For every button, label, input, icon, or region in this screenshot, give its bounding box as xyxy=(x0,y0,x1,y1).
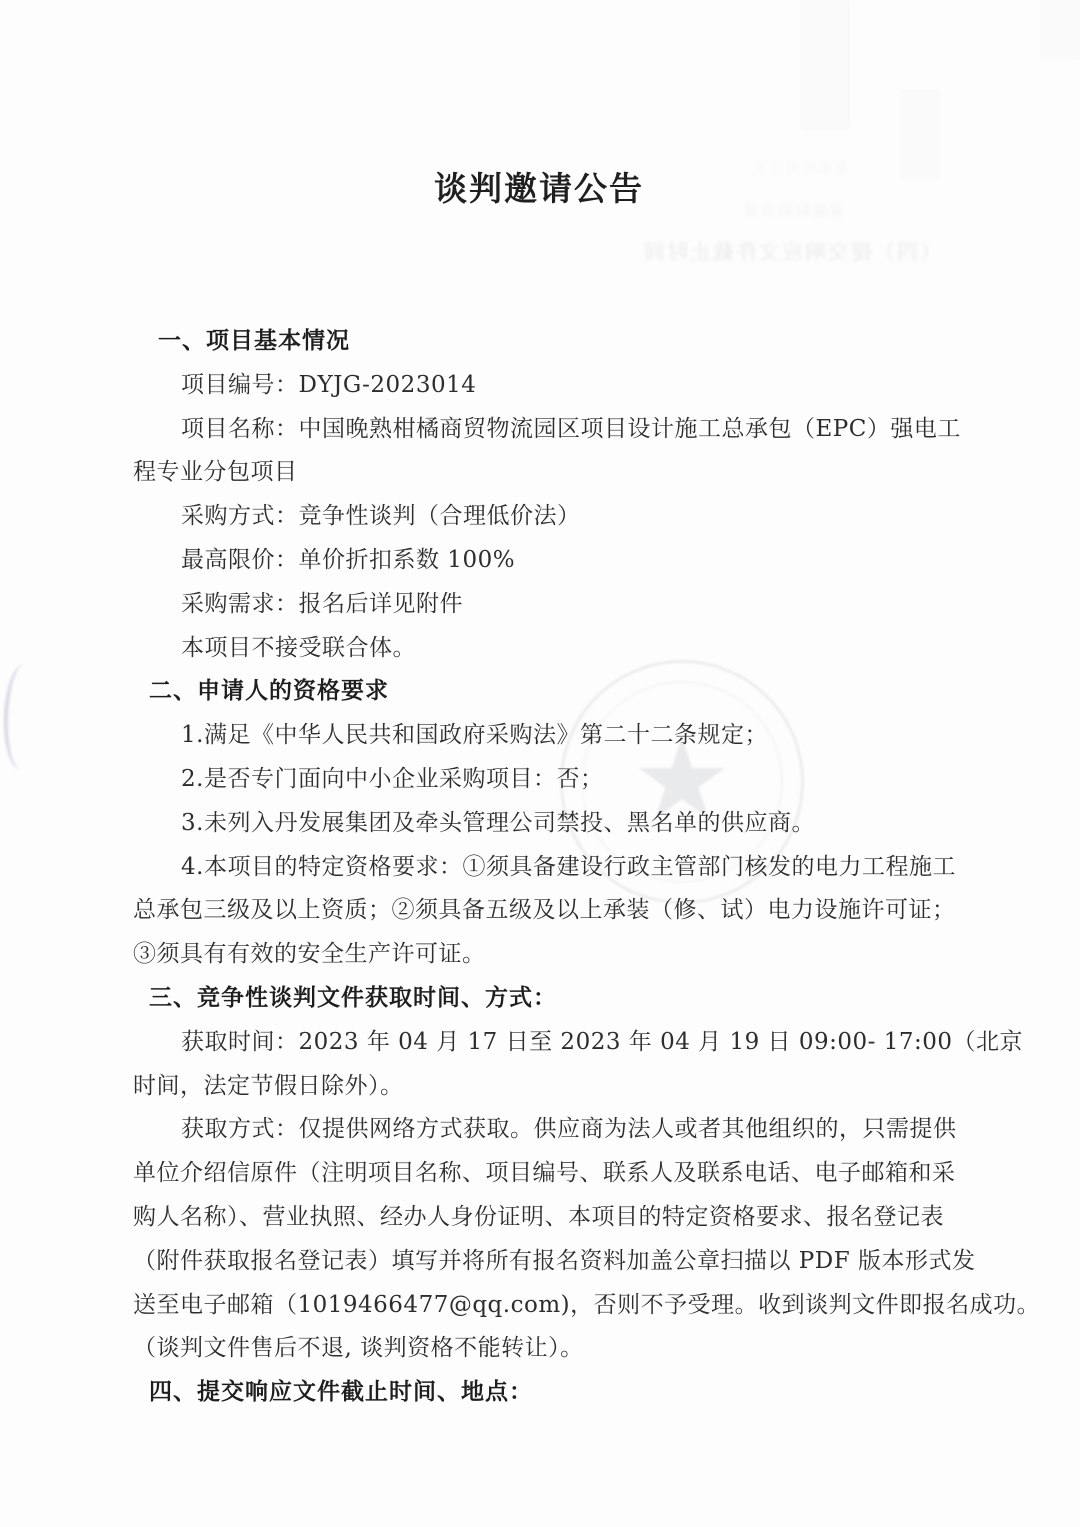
doc-line: 最高限价：单价折扣系数 100% xyxy=(133,539,945,583)
section-heading-1: 一、项目基本情况 xyxy=(133,320,945,364)
doc-line: （谈判文件售后不退, 谈判资格不能转让）。 xyxy=(133,1327,945,1371)
doc-line: 2.是否专门面向中小企业采购项目：否； xyxy=(133,758,945,802)
doc-line: 采购需求：报名后详见附件 xyxy=(133,583,945,627)
doc-line: 项目名称：中国晚熟柑橘商贸物流园区项目设计施工总承包（EPC）强电工 xyxy=(133,408,945,452)
doc-line: （附件获取报名登记表）填写并将所有报名资料加盖公章扫描以 PDF 版本形式发 xyxy=(133,1240,945,1284)
document-title: 谈判邀请公告 xyxy=(133,163,945,210)
scanned-document-page: （四）提交响应文件截止时间 获取时间方式 获取时间方式 ★ 谈判邀请公告 一、项… xyxy=(0,0,1080,1527)
doc-line: 送至电子邮箱（1019466477@qq.com)，否则不予受理。收到谈判文件即… xyxy=(133,1284,945,1328)
doc-line: 项目编号：DYJG-2023014 xyxy=(133,364,945,408)
scan-noise-patch xyxy=(800,0,850,130)
doc-line: 4.本项目的特定资格要求：①须具备建设行政主管部门核发的电力工程施工 xyxy=(133,846,945,890)
scan-crease-line xyxy=(2,663,44,770)
doc-line: 采购方式：竞争性谈判（合理低价法） xyxy=(133,495,945,539)
doc-line: 程专业分包项目 xyxy=(133,451,945,495)
doc-line: 3.未列入丹发展集团及牵头管理公司禁投、黑名单的供应商。 xyxy=(133,802,945,846)
doc-line: 1.满足《中华人民共和国政府采购法》第二十二条规定； xyxy=(133,714,945,758)
section-heading-2: 二、申请人的资格要求 xyxy=(133,670,945,714)
doc-line: 单位介绍信原件（注明项目名称、项目编号、联系人及联系电话、电子邮箱和采 xyxy=(133,1152,945,1196)
doc-line: 获取时间：2023 年 04 月 17 日至 2023 年 04 月 19 日 … xyxy=(133,1021,945,1065)
doc-line: 总承包三级及以上资质；②须具备五级及以上承装（修、试）电力设施许可证； xyxy=(133,889,945,933)
section-heading-3: 三、竞争性谈判文件获取时间、方式： xyxy=(133,977,945,1021)
scan-noise-patch xyxy=(1040,0,1080,60)
section-heading-4: 四、提交响应文件截止时间、地点： xyxy=(133,1371,945,1415)
bleed-through-text: （四）提交响应文件截止时间 xyxy=(642,236,941,266)
doc-line: 获取方式：仅提供网络方式获取。供应商为法人或者其他组织的，只需提供 xyxy=(133,1108,945,1152)
document-body: 一、项目基本情况 项目编号：DYJG-2023014 项目名称：中国晚熟柑橘商贸… xyxy=(133,320,945,1415)
doc-line: 时间，法定节假日除外）。 xyxy=(133,1065,945,1109)
doc-line: 购人名称）、营业执照、经办人身份证明、本项目的特定资格要求、报名登记表 xyxy=(133,1196,945,1240)
doc-line: ③须具有有效的安全生产许可证。 xyxy=(133,933,945,977)
doc-line: 本项目不接受联合体。 xyxy=(133,627,945,671)
